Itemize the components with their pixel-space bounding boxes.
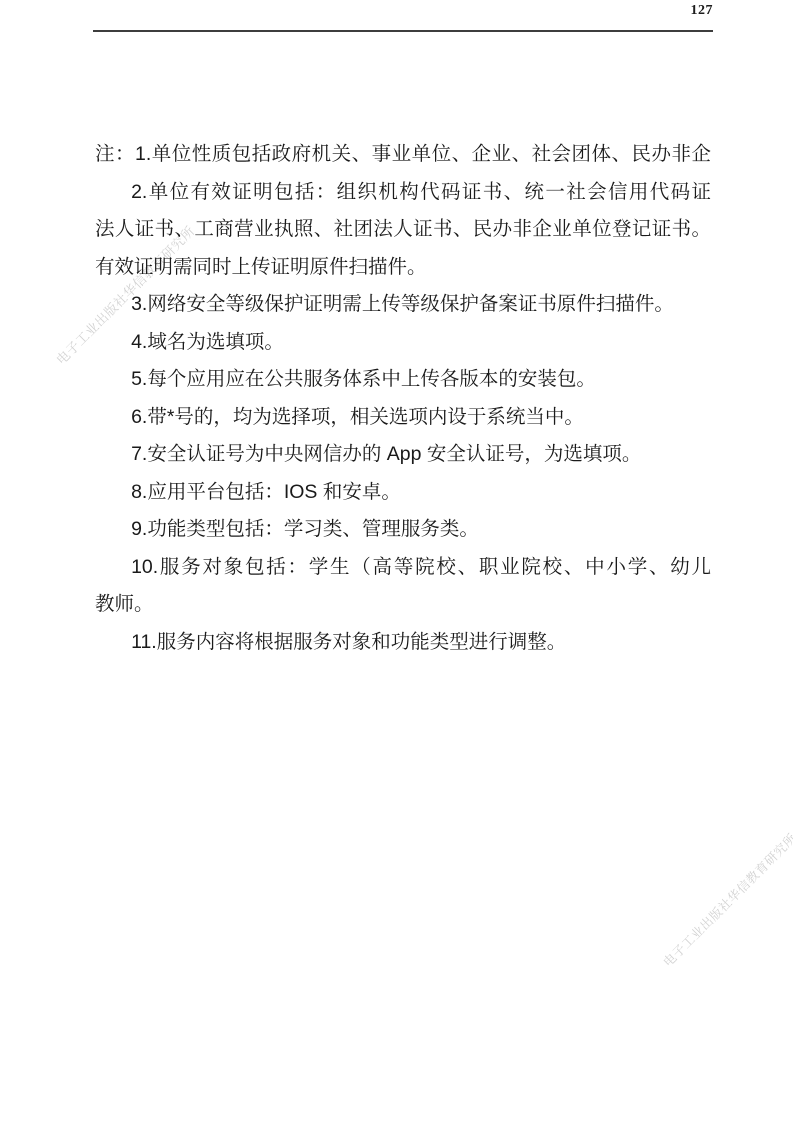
note-line-2-cont-2: 有效证明需同时上传证明原件扫描件。 — [95, 249, 711, 287]
note-line-6: 6.带*号的，均为选择项，相关选项内设于系统当中。 — [95, 399, 711, 437]
note-line-5: 5.每个应用应在公共服务体系中上传各版本的安装包。 — [95, 361, 711, 399]
notes-block: 注：1.单位性质包括政府机关、事业单位、企业、社会团体、民办非企业等。 2.单位… — [95, 136, 711, 661]
note-line-7: 7.安全认证号为中央网信办的 App 安全认证号，为选填项。 — [95, 436, 711, 474]
note-line-4: 4.域名为选填项。 — [95, 324, 711, 362]
document-page: 127 电子工业出版社华信教育研究所 电子工业出版社华信教育研究所 注：1.单位… — [0, 0, 793, 1122]
note-line-11: 11.服务内容将根据服务对象和功能类型进行调整。 — [95, 624, 711, 662]
note-line-2-cont-1: 法人证书、工商营业执照、社团法人证书、民办非企业单位登记证书。单位 — [95, 211, 711, 249]
note-line-8: 8.应用平台包括：IOS 和安卓。 — [95, 474, 711, 512]
note-line-2: 2.单位有效证明包括：组织机构代码证书、统一社会信用代码证书、事业 — [95, 174, 711, 212]
note-line-3: 3.网络安全等级保护证明需上传等级保护备案证书原件扫描件。 — [95, 286, 711, 324]
header-rule — [93, 30, 713, 32]
watermark-bottom-right: 电子工业出版社华信教育研究所 — [659, 829, 793, 970]
page-number: 127 — [691, 3, 714, 19]
note-line-10-cont-1: 教师。 — [95, 586, 711, 624]
note-line-9: 9.功能类型包括：学习类、管理服务类。 — [95, 511, 711, 549]
note-line-10: 10.服务对象包括：学生（高等院校、职业院校、中小学、幼儿园）、家长、 — [95, 549, 711, 587]
note-line-1: 注：1.单位性质包括政府机关、事业单位、企业、社会团体、民办非企业等。 — [95, 136, 711, 174]
